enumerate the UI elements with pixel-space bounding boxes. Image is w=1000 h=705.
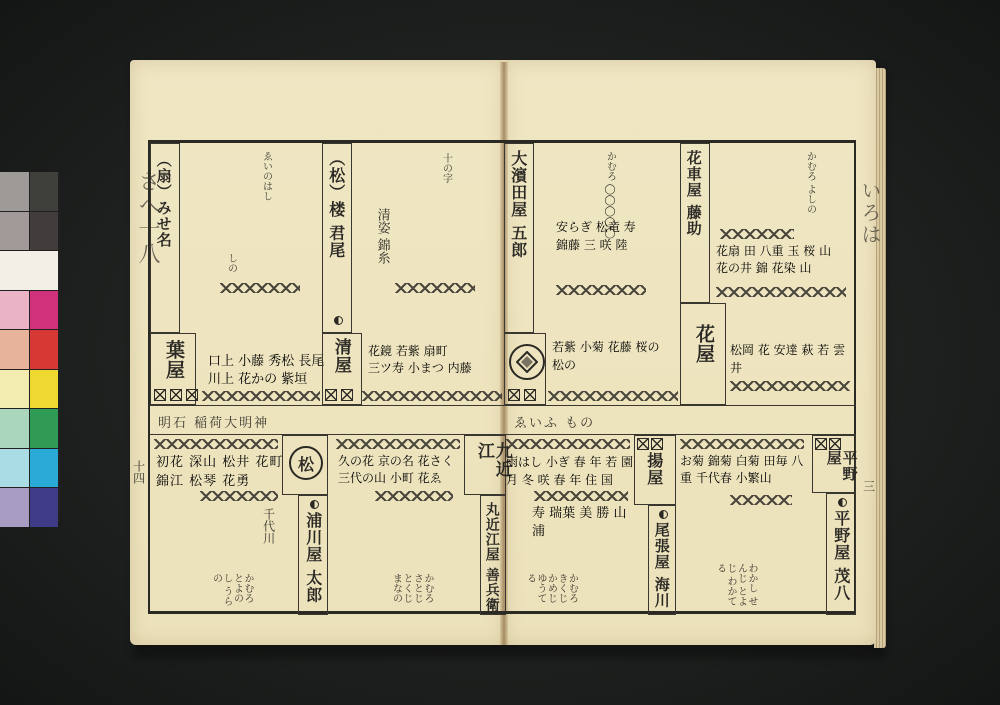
x-box-ornament [325,389,337,401]
open-book: さへ十八 十四 いろは 三 （扇）みせ名 葉屋 ゑいのはし しの 口上 小藤 秀… [128,60,884,652]
house-entries: 寿 瑞葉 美 勝 山 浦 [532,505,632,541]
x-box-ornament [186,389,198,401]
proprietor-column: 丸近江屋 善兵衛 [480,495,506,615]
color-swatch [30,488,58,527]
color-swatch [30,449,58,488]
entries-line: 錦藤 三 咲 陸 [556,236,651,254]
zigzag-rule [200,491,278,501]
house-nameplate: 花屋 [680,303,726,405]
zigzag-rule [534,491,628,501]
divider-text: ゑいふ もの [514,412,595,431]
house-note: しの [225,253,236,273]
color-swatch [0,330,29,369]
house-nameplate: 九近江 [464,435,506,495]
header-note: ゑいのはし [260,151,271,201]
kamuro-list: わかし せんじ とよじ わかてる [714,563,756,611]
zigzag-rule [716,287,846,297]
x-box-ornament [154,389,166,401]
color-swatch [0,488,29,527]
x-box-ornament [829,438,841,450]
entries-line: 花扇 田 八重 玉 桜 山 [716,243,856,260]
proprietor-name: 花車屋 藤助 [685,150,701,236]
entries-line: 安らぎ 松竜 寿 [556,218,651,236]
color-swatch [0,370,29,409]
x-box-ornament [508,389,520,401]
right-print-frame: 大濱田屋 五郎 かむろ ◯◯◯◯◯ 安らぎ 松竜 寿 錦藤 三 咲 陸 若紫 小… [504,140,856,614]
proprietor-name: 浦川屋 太郎 [304,512,321,604]
entries-line: 川上 花かの 紫垣 [208,371,338,389]
color-swatch [30,172,58,211]
diamond-flower-icon [516,351,538,373]
proprietor-name: （松）楼 君尾 [327,150,344,259]
half-circle-mark-icon [838,498,847,507]
proprietor-name: 尾張屋 海川 [653,522,669,608]
color-swatch [0,212,29,251]
house-entries: 松岡 花 安達 萩 若 雲井 [730,341,850,377]
house-name: 平野屋 [825,450,857,492]
color-swatch [30,370,58,409]
pine-crest-icon: 松 [289,446,323,480]
house-nameplate: 平野屋 [812,435,856,493]
zigzag-rule [548,391,678,401]
house-name: 揚屋 [645,452,662,486]
title-column: 大濱田屋 五郎 [504,143,534,333]
title-column-text: 大濱田屋 五郎 [509,150,526,259]
color-swatch [0,172,29,211]
zigzag-rule [362,391,502,401]
x-box-ornament [651,438,663,450]
zigzag-rule [556,285,646,295]
color-swatch [0,449,29,488]
color-swatch [30,212,58,251]
divider-row: 明石 稲荷大明神 [150,405,506,435]
left-print-frame: （扇）みせ名 葉屋 ゑいのはし しの 口上 小藤 秀松 長尾 川上 花かの 紫垣… [148,140,504,614]
house-entries: 花扇 田 八重 玉 桜 山 花の井 錦 花染 山 [716,243,856,277]
zigzag-rule [506,439,630,449]
zigzag-rule [202,391,320,401]
color-swatch [30,330,58,369]
center-note: 清姿 錦糸 [375,208,389,264]
kamuro-list: かむろ きくじ かめじ ゆうてる [524,573,577,611]
proprietor-name: 平野屋 茂八 [832,510,849,602]
right-side-page-number: 三 [862,480,875,492]
zigzag-rule [720,229,794,239]
left-page-number: 十四 [132,460,145,484]
proprietor-column: 花車屋 藤助 [680,143,710,303]
zigzag-rule [375,491,453,501]
house-entries: 花鏡 若紫 扇町 三ツ寿 小まつ 内藤 [368,343,498,377]
x-box-ornament [341,389,353,401]
header-note: 十の字 [440,153,451,183]
color-swatch [30,409,58,448]
house-entries: 久の花 京の名 花さく 三代の山 小町 花ゑ [338,453,468,487]
title-column-text: （扇）みせ名 [155,152,171,248]
color-swatch [30,291,58,330]
zigzag-rule [730,495,792,505]
entries-line: 三ツ寿 小まつ 内藤 [368,360,498,377]
proprietor-column: 尾張屋 海川 [648,505,676,615]
proprietor-column: （松）楼 君尾 [322,143,352,333]
proprietor-name: 丸近江屋 善兵衛 [484,502,499,613]
right-margin-note: いろは [856,180,885,246]
x-box-ornament [524,389,536,401]
house-entries: お菊 錦菊 白菊 田毎 八重 千代春 小繁山 [680,453,806,487]
house-entries: 初花 深山 松井 花町 錦江 松琴 花勇 [156,453,286,491]
house-entries: 雨はし 小ぎ 春 年 若 園 月 冬 咲 春 年 住 国 [506,453,638,489]
kamuro-list: かむろ とよのし うらの [210,573,252,611]
hanabishi-crest-icon [509,344,545,380]
left-title-column: （扇）みせ名 [150,143,180,333]
entries-line: 花の井 錦 花染 山 [716,260,856,277]
house-entries: 若紫 小菊 花藤 桜の 松の [552,338,672,374]
zigzag-rule [154,439,278,449]
x-box-ornament [170,389,182,401]
entries-line: 口上 小藤 秀松 長尾 [208,353,338,371]
zigzag-rule [395,283,475,293]
house-entries: 口上 小藤 秀松 長尾 川上 花かの 紫垣 [208,353,338,389]
house-note: 千代川 [262,508,275,544]
house-nameplate: 揚屋 [634,435,676,505]
zigzag-rule [220,283,300,293]
zigzag-rule [680,439,804,449]
house-name: 花屋 [693,324,713,364]
half-circle-mark-icon [334,316,343,325]
zigzag-rule [730,381,850,391]
crest-box: 松 [282,435,328,495]
x-box-ornament [637,438,649,450]
half-circle-mark-icon [659,510,668,519]
divider-row: ゑいふ もの [504,405,856,435]
color-calibration-chart [0,172,60,522]
proprietor-column: 浦川屋 太郎 [298,495,328,615]
entries-line: 花鏡 若紫 扇町 [368,343,498,360]
color-swatch [0,251,58,290]
proprietor-column: 平野屋 茂八 [826,493,856,615]
house-entries: 安らぎ 松竜 寿 錦藤 三 咲 陸 [556,218,651,254]
house-name: 清屋 [331,338,349,374]
x-box-ornament [815,438,827,450]
divider-text: 明石 稲荷大明神 [158,412,269,431]
half-circle-mark-icon [310,500,319,509]
zigzag-rule [336,439,460,449]
header-note: かむろ よしの [804,151,815,214]
house-name: 葉屋 [163,340,183,380]
color-swatch [0,291,29,330]
color-swatch [0,409,29,448]
kamuro-list: かむろ さとじ とくじ まなの [390,573,432,611]
